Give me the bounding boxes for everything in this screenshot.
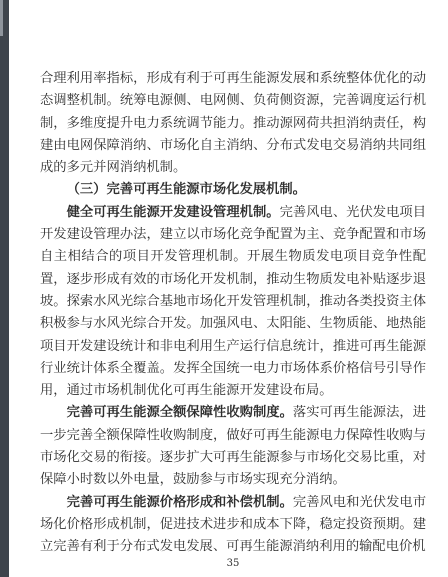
paragraph-body: 合理利用率指标，形成有利于可再生能源发展和系统整体优化的动态调整机制。统筹电源侧…	[40, 71, 426, 175]
paragraph-lead: 完善可再生能源价格形成和补偿机制。	[67, 495, 293, 510]
paragraph: 完善可再生能源全额保障性收购制度。落实可再生能源法，进一步完善全额保障性收购制度…	[40, 402, 426, 491]
viewer-left-panel	[0, 0, 9, 577]
scrollbar-thumb[interactable]	[0, 0, 3, 36]
paragraph: 合理利用率指标，形成有利于可再生能源发展和系统整体优化的动态调整机制。统筹电源侧…	[40, 68, 426, 179]
paragraph-lead: 完善可再生能源全额保障性收购制度。	[67, 405, 293, 420]
page-text: 合理利用率指标，形成有利于可再生能源发展和系统整体优化的动态调整机制。统筹电源侧…	[40, 68, 426, 559]
section-heading: （三）完善可再生能源市场化发展机制。	[40, 179, 426, 201]
paragraph-lead: 健全可再生能源开发建设管理机制。	[67, 205, 280, 220]
document-page: 合理利用率指标，形成有利于可再生能源发展和系统整体优化的动态调整机制。统筹电源侧…	[9, 0, 448, 577]
paragraph: 健全可再生能源开发建设管理机制。完善风电、光伏发电项目开发建设管理办法，建立以市…	[40, 202, 426, 403]
paragraph: 完善可再生能源价格形成和补偿机制。完善风电和光伏发电市场化价格形成机制，促进技术…	[40, 492, 426, 559]
page-number: 35	[40, 557, 426, 571]
paragraph-body: 完善风电、光伏发电项目开发建设管理办法，建立以市场化竞争配置为主、竞争配置和市场…	[40, 205, 426, 398]
